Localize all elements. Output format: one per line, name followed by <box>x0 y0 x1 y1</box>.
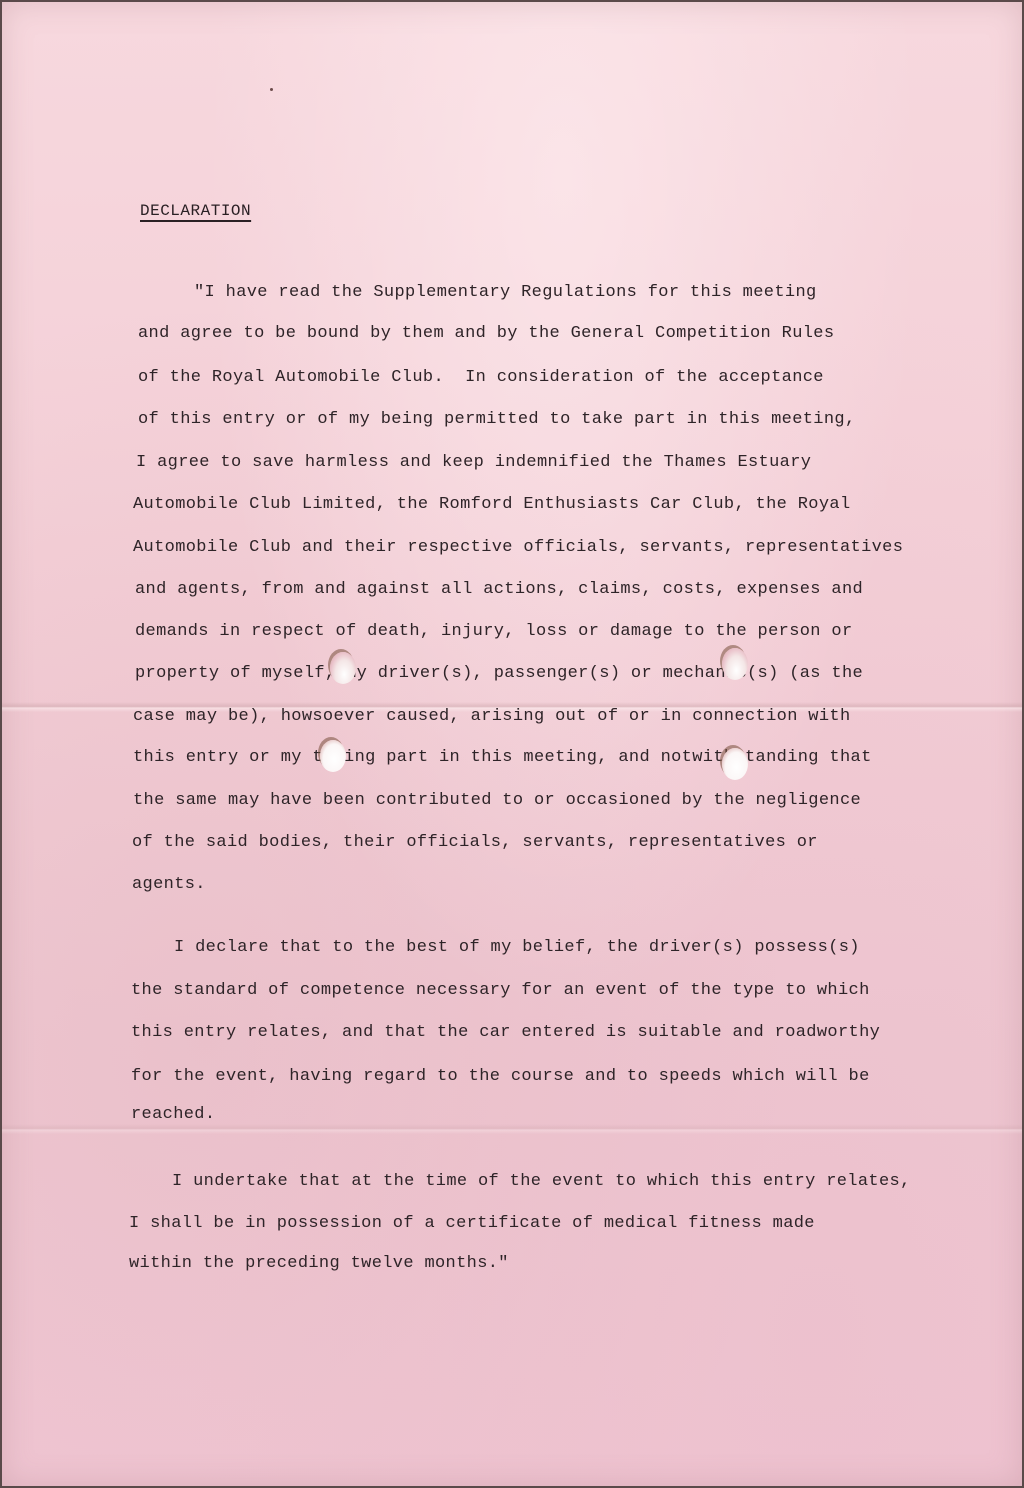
paragraph-2-line: this entry relates, and that the car ent… <box>131 1023 880 1042</box>
paragraph-2-line: the standard of competence necessary for… <box>131 981 870 1000</box>
punch-hole <box>330 652 356 684</box>
paragraph-1-line: "I have read the Supplementary Regulatio… <box>194 283 817 302</box>
paragraph-3-line: I undertake that at the time of the even… <box>172 1172 911 1191</box>
paragraph-1-line: demands in respect of death, injury, los… <box>135 622 853 641</box>
paragraph-1-line: Automobile Club and their respective off… <box>133 538 903 557</box>
paragraph-1-line: of the said bodies, their officials, ser… <box>132 833 818 852</box>
paper-speck <box>270 88 273 91</box>
paragraph-1-line: and agree to be bound by them and by the… <box>138 324 834 343</box>
paragraph-1-line: I agree to save harmless and keep indemn… <box>136 453 811 472</box>
paragraph-1-line: this entry or my taking part in this mee… <box>133 748 872 767</box>
paragraph-2-line: I declare that to the best of my belief,… <box>174 938 860 957</box>
paragraph-1-line: of this entry or of my being permitted t… <box>138 410 856 429</box>
punch-hole <box>722 648 748 680</box>
paragraph-2-line: for the event, having regard to the cour… <box>131 1067 870 1086</box>
paragraph-1-line: of the Royal Automobile Club. In conside… <box>138 368 824 387</box>
paragraph-1-line: Automobile Club Limited, the Romford Ent… <box>133 495 851 514</box>
paragraph-3-line: I shall be in possession of a certificat… <box>129 1214 815 1233</box>
declaration-heading: DECLARATION <box>140 202 251 220</box>
paragraph-1-line: the same may have been contributed to or… <box>133 791 861 810</box>
punch-hole <box>320 740 346 772</box>
paragraph-1-line: and agents, from and against all actions… <box>135 580 863 599</box>
fold-crease <box>2 1124 1022 1134</box>
paragraph-1-line: agents. <box>132 875 206 894</box>
paragraph-1-line: property of myself, my driver(s), passen… <box>135 664 863 683</box>
document-page: DECLARATION "I have read the Supplementa… <box>2 2 1022 1486</box>
paragraph-2-line: reached. <box>131 1105 215 1124</box>
paragraph-1-line: case may be), howsoever caused, arising … <box>133 707 851 726</box>
punch-hole <box>722 748 748 780</box>
paragraph-3-line: within the preceding twelve months." <box>129 1254 509 1273</box>
